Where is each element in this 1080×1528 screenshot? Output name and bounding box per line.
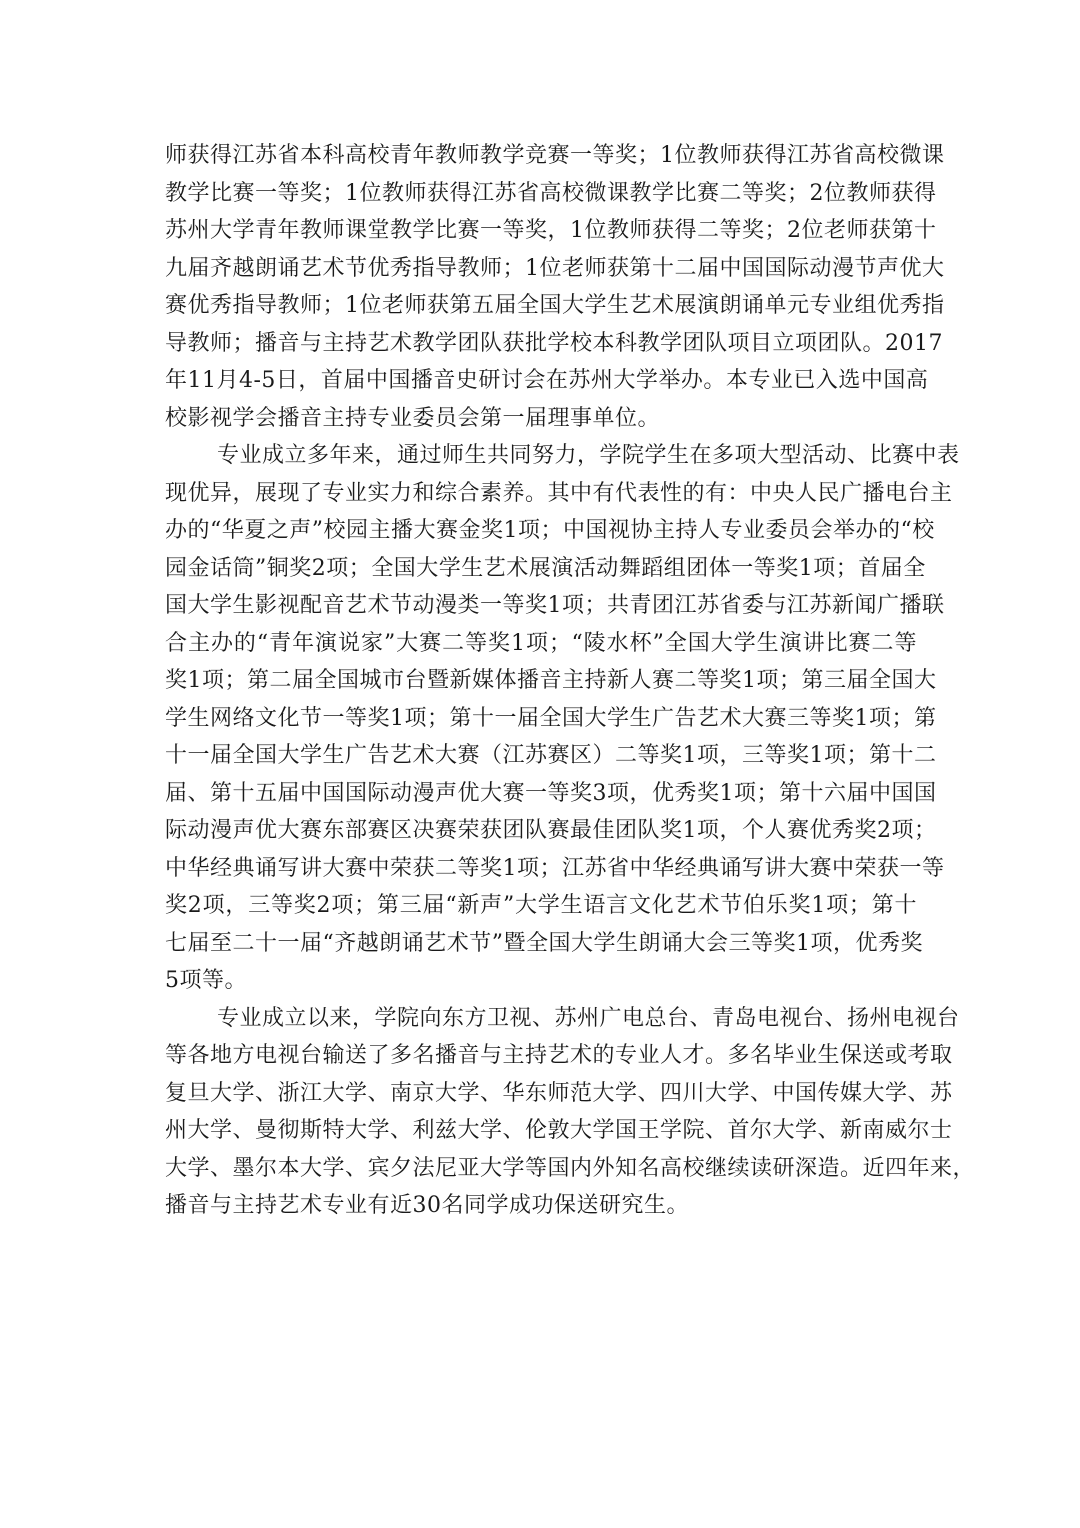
text-line: 国大学生影视配音艺术节动漫类一等奖1项；共青团江苏省委与江苏新闻广播联 — [165, 587, 917, 625]
text-line: 届、第十五届中国国际动漫声优大赛一等奖3项，优秀奖1项；第十六届中国国 — [165, 775, 917, 813]
text-line: 导教师；播音与主持艺术教学团队获批学校本科教学团队项目立项团队。2017 — [165, 325, 917, 363]
text-line: 等各地方电视台输送了多名播音与主持艺术的专业人才。多名毕业生保送或考取 — [165, 1037, 917, 1075]
text-line: 十一届全国大学生广告艺术大赛（江苏赛区）二等奖1项，三等奖1项；第十二 — [165, 737, 917, 775]
text-line: 现优异，展现了专业实力和综合素养。其中有代表性的有：中央人民广播电台主 — [165, 475, 917, 513]
paragraph-graduates: 专业成立以来，学院向东方卫视、苏州广电总台、青岛电视台、扬州电视台 等各地方电视… — [165, 1000, 917, 1225]
text-line: 州大学、曼彻斯特大学、利兹大学、伦敦大学国王学院、首尔大学、新南威尔士 — [165, 1112, 917, 1150]
text-line: 中华经典诵写讲大赛中荣获二等奖1项；江苏省中华经典诵写讲大赛中荣获一等 — [165, 850, 917, 888]
text-line: 年11月4-5日，首届中国播音史研讨会在苏州大学举办。本专业已入选中国高 — [165, 362, 917, 400]
text-line: 奖1项；第二届全国城市台暨新媒体播音主持新人赛二等奖1项；第三届全国大 — [165, 662, 917, 700]
document-body: 师获得江苏省本科高校青年教师教学竞赛一等奖；1位教师获得江苏省高校微课 教学比赛… — [165, 137, 917, 1225]
text-line: 专业成立以来，学院向东方卫视、苏州广电总台、青岛电视台、扬州电视台 — [165, 1000, 917, 1038]
text-line: 办的“华夏之声”校园主播大赛金奖1项；中国视协主持人专业委员会举办的“校 — [165, 512, 917, 550]
text-line: 奖2项，三等奖2项；第三届“新声”大学生语言文化艺术节伯乐奖1项；第十 — [165, 887, 917, 925]
text-line: 播音与主持艺术专业有近30名同学成功保送研究生。 — [165, 1187, 917, 1225]
text-line: 九届齐越朗诵艺术节优秀指导教师；1位老师获第十二届中国国际动漫节声优大 — [165, 250, 917, 288]
text-line: 际动漫声优大赛东部赛区决赛荣获团队赛最佳团队奖1项，个人赛优秀奖2项； — [165, 812, 917, 850]
text-line: 大学、墨尔本大学、宾夕法尼亚大学等国内外知名高校继续读研深造。近四年来， — [165, 1150, 917, 1188]
text-line: 教学比赛一等奖；1位教师获得江苏省高校微课教学比赛二等奖；2位教师获得 — [165, 175, 917, 213]
text-line: 园金话筒”铜奖2项；全国大学生艺术展演活动舞蹈组团体一等奖1项；首届全 — [165, 550, 917, 588]
text-line: 校影视学会播音主持专业委员会第一届理事单位。 — [165, 400, 917, 438]
text-line: 学生网络文化节一等奖1项；第十一届全国大学生广告艺术大赛三等奖1项；第 — [165, 700, 917, 738]
text-line: 合主办的“青年演说家”大赛二等奖1项；“陵水杯”全国大学生演讲比赛二等 — [165, 625, 917, 663]
text-line: 苏州大学青年教师课堂教学比赛一等奖，1位教师获得二等奖；2位老师获第十 — [165, 212, 917, 250]
paragraph-faculty-awards: 师获得江苏省本科高校青年教师教学竞赛一等奖；1位教师获得江苏省高校微课 教学比赛… — [165, 137, 917, 437]
text-line: 复旦大学、浙江大学、南京大学、华东师范大学、四川大学、中国传媒大学、苏 — [165, 1075, 917, 1113]
text-line: 赛优秀指导教师；1位老师获第五届全国大学生艺术展演朗诵单元专业组优秀指 — [165, 287, 917, 325]
text-line: 师获得江苏省本科高校青年教师教学竞赛一等奖；1位教师获得江苏省高校微课 — [165, 137, 917, 175]
text-line: 七届至二十一届“齐越朗诵艺术节”暨全国大学生朗诵大会三等奖1项，优秀奖 — [165, 925, 917, 963]
text-line: 专业成立多年来，通过师生共同努力，学院学生在多项大型活动、比赛中表 — [165, 437, 917, 475]
document-page: 师获得江苏省本科高校青年教师教学竞赛一等奖；1位教师获得江苏省高校微课 教学比赛… — [0, 0, 1080, 1528]
text-line: 5项等。 — [165, 962, 917, 1000]
paragraph-student-awards: 专业成立多年来，通过师生共同努力，学院学生在多项大型活动、比赛中表 现优异，展现… — [165, 437, 917, 1000]
